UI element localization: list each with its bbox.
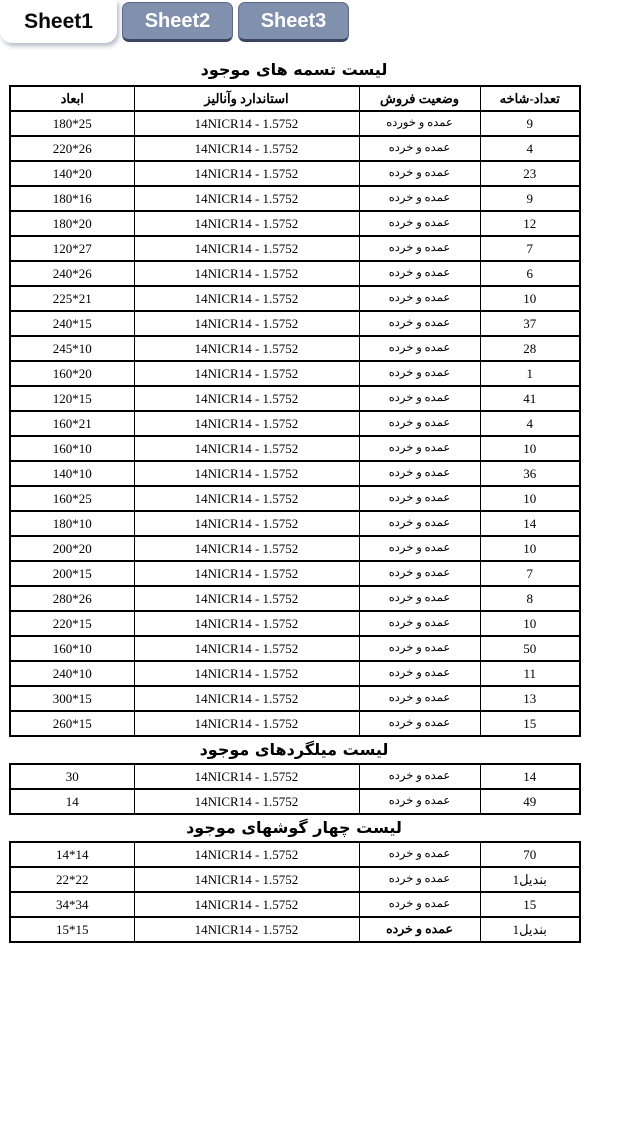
table-cell: 4 — [480, 136, 580, 161]
table-cell: 120*15 — [10, 386, 134, 411]
table-row: 200*1514NICR14 - 1.5752عمده و خرده7 — [10, 561, 580, 586]
table-cell: 36 — [480, 461, 580, 486]
table-cell: 14NICR14 - 1.5752 — [134, 436, 359, 461]
table-cell: عمده و خرده — [359, 586, 480, 611]
table-row: 240*1014NICR14 - 1.5752عمده و خرده11 — [10, 661, 580, 686]
table-cell: عمده و خرده — [359, 461, 480, 486]
table-cell: 1 — [480, 361, 580, 386]
table-cell: 15 — [480, 711, 580, 736]
table-cell: عمده و خرده — [359, 636, 480, 661]
table-cell: 14 — [480, 511, 580, 536]
table-cell: عمده و خرده — [359, 286, 480, 311]
table-cell: 15*15 — [10, 917, 134, 942]
table-row: 280*2614NICR14 - 1.5752عمده و خرده8 — [10, 586, 580, 611]
table-cell: 14NICR14 - 1.5752 — [134, 611, 359, 636]
table-cell: عمده و خرده — [359, 511, 480, 536]
table-cell: 14NICR14 - 1.5752 — [134, 311, 359, 336]
table-cell: عمده و خرده — [359, 711, 480, 736]
table-cell: 14NICR14 - 1.5752 — [134, 411, 359, 436]
table-cell: 14NICR14 - 1.5752 — [134, 211, 359, 236]
table-cell: 200*20 — [10, 536, 134, 561]
table-cell: 14NICR14 - 1.5752 — [134, 711, 359, 736]
table-row: 140*1014NICR14 - 1.5752عمده و خرده36 — [10, 461, 580, 486]
strips-table: ابعاد استاندارد وآنالیز وضعیت فروش تعداد… — [9, 85, 581, 737]
table-row: 34*3414NICR14 - 1.5752عمده و خرده15 — [10, 892, 580, 917]
table-row: 160*2514NICR14 - 1.5752عمده و خرده10 — [10, 486, 580, 511]
table-cell: عمده و خرده — [359, 486, 480, 511]
table-cell: 180*10 — [10, 511, 134, 536]
table-cell: 10 — [480, 536, 580, 561]
table-row: 220*2614NICR14 - 1.5752عمده و خرده4 — [10, 136, 580, 161]
table-cell: 11 — [480, 661, 580, 686]
table-cell: 14NICR14 - 1.5752 — [134, 917, 359, 942]
table-row: 180*2514NICR14 - 1.5752عمده و خورده9 — [10, 111, 580, 136]
table-cell: 14NICR14 - 1.5752 — [134, 161, 359, 186]
col-header-count-branch: تعداد-شاخه — [480, 86, 580, 111]
table-cell: 37 — [480, 311, 580, 336]
table-row: 240*2614NICR14 - 1.5752عمده و خرده6 — [10, 261, 580, 286]
table-cell: 30 — [10, 764, 134, 789]
table-cell: 14NICR14 - 1.5752 — [134, 536, 359, 561]
table-cell: 160*10 — [10, 436, 134, 461]
table-cell: 220*26 — [10, 136, 134, 161]
table-cell: عمده و خرده — [359, 611, 480, 636]
table-cell: 23 — [480, 161, 580, 186]
table-row: 1414NICR14 - 1.5752عمده و خرده49 — [10, 789, 580, 814]
table-cell: عمده و خرده — [359, 236, 480, 261]
table-row: 225*2114NICR14 - 1.5752عمده و خرده10 — [10, 286, 580, 311]
table-cell: 10 — [480, 286, 580, 311]
table-header-row: ابعاد استاندارد وآنالیز وضعیت فروش تعداد… — [10, 86, 580, 111]
table-row: 160*1014NICR14 - 1.5752عمده و خرده10 — [10, 436, 580, 461]
tab-sheet2[interactable]: Sheet2 — [122, 2, 233, 42]
table-cell: 14NICR14 - 1.5752 — [134, 789, 359, 814]
table-cell: 28 — [480, 336, 580, 361]
table-row: 260*1514NICR14 - 1.5752عمده و خرده15 — [10, 711, 580, 736]
table-cell: 225*21 — [10, 286, 134, 311]
table-cell: 8 — [480, 586, 580, 611]
table-cell: 10 — [480, 611, 580, 636]
col-header-dimensions: ابعاد — [10, 86, 134, 111]
table-cell: عمده و خرده — [359, 842, 480, 867]
table-row: 14*1414NICR14 - 1.5752عمده و خرده70 — [10, 842, 580, 867]
table-cell: 12 — [480, 211, 580, 236]
table-row: 180*1614NICR14 - 1.5752عمده و خرده9 — [10, 186, 580, 211]
table-cell: 14NICR14 - 1.5752 — [134, 361, 359, 386]
table-cell: عمده و خرده — [359, 867, 480, 892]
table-cell: 14NICR14 - 1.5752 — [134, 111, 359, 136]
squares-table: 14*1414NICR14 - 1.5752عمده و خرده7022*22… — [9, 841, 581, 943]
table-cell: 14NICR14 - 1.5752 — [134, 661, 359, 686]
table-cell: 160*21 — [10, 411, 134, 436]
table-cell: 15 — [480, 892, 580, 917]
table-cell: عمده و خرده — [359, 411, 480, 436]
table-cell: عمده و خرده — [359, 789, 480, 814]
table-row: 220*1514NICR14 - 1.5752عمده و خرده10 — [10, 611, 580, 636]
table-cell: 10 — [480, 486, 580, 511]
table-row: 3014NICR14 - 1.5752عمده و خرده14 — [10, 764, 580, 789]
table-cell: 220*15 — [10, 611, 134, 636]
table-cell: 240*10 — [10, 661, 134, 686]
table-cell: 14NICR14 - 1.5752 — [134, 486, 359, 511]
table-cell: 7 — [480, 236, 580, 261]
table-cell: عمده و خرده — [359, 136, 480, 161]
table-cell: 50 — [480, 636, 580, 661]
table-cell: عمده و خرده — [359, 561, 480, 586]
table-row: 245*1014NICR14 - 1.5752عمده و خرده28 — [10, 336, 580, 361]
col-header-sales-status: وضعیت فروش — [359, 86, 480, 111]
table-cell: 14NICR14 - 1.5752 — [134, 892, 359, 917]
table-cell: 140*10 — [10, 461, 134, 486]
col-header-standard-analysis: استاندارد وآنالیز — [134, 86, 359, 111]
table-cell: 9 — [480, 186, 580, 211]
table-cell: عمده و خرده — [359, 917, 480, 942]
table-cell: عمده و خرده — [359, 436, 480, 461]
table-cell: 14 — [480, 764, 580, 789]
table-cell: 260*15 — [10, 711, 134, 736]
table-cell: 14NICR14 - 1.5752 — [134, 236, 359, 261]
table-cell: 49 — [480, 789, 580, 814]
table-row: 200*2014NICR14 - 1.5752عمده و خرده10 — [10, 536, 580, 561]
table-cell: 14NICR14 - 1.5752 — [134, 136, 359, 161]
table-cell: عمده و خرده — [359, 211, 480, 236]
table-cell: 14NICR14 - 1.5752 — [134, 186, 359, 211]
table-cell: 160*10 — [10, 636, 134, 661]
table-cell: 14NICR14 - 1.5752 — [134, 842, 359, 867]
table-row: 180*1014NICR14 - 1.5752عمده و خرده14 — [10, 511, 580, 536]
section-title-rebars: لیست میلگردهای موجود — [9, 737, 579, 763]
table-cell: عمده و خرده — [359, 361, 480, 386]
table-row: 120*1514NICR14 - 1.5752عمده و خرده41 — [10, 386, 580, 411]
table-cell: 14NICR14 - 1.5752 — [134, 461, 359, 486]
table-cell: 14NICR14 - 1.5752 — [134, 386, 359, 411]
table-cell: 10 — [480, 436, 580, 461]
table-cell: 120*27 — [10, 236, 134, 261]
table-row: 160*2114NICR14 - 1.5752عمده و خرده4 — [10, 411, 580, 436]
table-row: 120*2714NICR14 - 1.5752عمده و خرده7 — [10, 236, 580, 261]
table-cell: 245*10 — [10, 336, 134, 361]
table-cell: 14NICR14 - 1.5752 — [134, 586, 359, 611]
table-cell: 41 — [480, 386, 580, 411]
table-cell: 160*20 — [10, 361, 134, 386]
table-cell: 70 — [480, 842, 580, 867]
table-cell: 140*20 — [10, 161, 134, 186]
table-cell: 14NICR14 - 1.5752 — [134, 261, 359, 286]
table-cell: عمده و خرده — [359, 892, 480, 917]
table-cell: عمده و خرده — [359, 311, 480, 336]
table-cell: 14NICR14 - 1.5752 — [134, 764, 359, 789]
tab-sheet1[interactable]: Sheet1 — [0, 0, 117, 43]
table-cell: 180*25 — [10, 111, 134, 136]
table-cell: 14NICR14 - 1.5752 — [134, 686, 359, 711]
table-cell: عمده و خرده — [359, 336, 480, 361]
table-cell: 300*15 — [10, 686, 134, 711]
table-cell: بندیل1 — [480, 917, 580, 942]
rebars-table: 3014NICR14 - 1.5752عمده و خرده141414NICR… — [9, 763, 581, 815]
table-cell: 6 — [480, 261, 580, 286]
table-cell: 22*22 — [10, 867, 134, 892]
table-cell: 9 — [480, 111, 580, 136]
table-cell: 13 — [480, 686, 580, 711]
table-cell: 14*14 — [10, 842, 134, 867]
table-cell: 14 — [10, 789, 134, 814]
table-cell: 7 — [480, 561, 580, 586]
table-cell: 14NICR14 - 1.5752 — [134, 336, 359, 361]
table-cell: عمده و خرده — [359, 161, 480, 186]
table-row: 22*2214NICR14 - 1.5752عمده و خردهبندیل1 — [10, 867, 580, 892]
table-cell: عمده و خورده — [359, 111, 480, 136]
table-cell: 240*15 — [10, 311, 134, 336]
table-row: 140*2014NICR14 - 1.5752عمده و خرده23 — [10, 161, 580, 186]
table-cell: عمده و خرده — [359, 686, 480, 711]
table-cell: عمده و خرده — [359, 764, 480, 789]
table-row: 240*1514NICR14 - 1.5752عمده و خرده37 — [10, 311, 580, 336]
tab-sheet3[interactable]: Sheet3 — [238, 2, 349, 42]
table-row: 180*2014NICR14 - 1.5752عمده و خرده12 — [10, 211, 580, 236]
table-cell: عمده و خرده — [359, 186, 480, 211]
table-cell: 14NICR14 - 1.5752 — [134, 286, 359, 311]
table-cell: 14NICR14 - 1.5752 — [134, 867, 359, 892]
table-cell: 34*34 — [10, 892, 134, 917]
table-cell: 280*26 — [10, 586, 134, 611]
table-cell: 4 — [480, 411, 580, 436]
table-cell: 200*15 — [10, 561, 134, 586]
table-cell: بندیل1 — [480, 867, 580, 892]
table-cell: 14NICR14 - 1.5752 — [134, 561, 359, 586]
section-title-squares: لیست چهار گوشهای موجود — [9, 815, 579, 841]
table-row: 160*2014NICR14 - 1.5752عمده و خرده1 — [10, 361, 580, 386]
table-cell: عمده و خرده — [359, 386, 480, 411]
table-cell: عمده و خرده — [359, 661, 480, 686]
sheet-tab-bar: Sheet1 Sheet2 Sheet3 — [0, 0, 640, 46]
table-row: 15*1514NICR14 - 1.5752عمده و خردهبندیل1 — [10, 917, 580, 942]
section-title-strips: لیست تسمه های موجود — [9, 55, 579, 85]
table-cell: 14NICR14 - 1.5752 — [134, 511, 359, 536]
table-cell: 14NICR14 - 1.5752 — [134, 636, 359, 661]
table-cell: 180*20 — [10, 211, 134, 236]
table-cell: 180*16 — [10, 186, 134, 211]
table-row: 160*1014NICR14 - 1.5752عمده و خرده50 — [10, 636, 580, 661]
table-row: 300*1514NICR14 - 1.5752عمده و خرده13 — [10, 686, 580, 711]
table-cell: عمده و خرده — [359, 536, 480, 561]
table-cell: عمده و خرده — [359, 261, 480, 286]
table-cell: 160*25 — [10, 486, 134, 511]
table-cell: 240*26 — [10, 261, 134, 286]
